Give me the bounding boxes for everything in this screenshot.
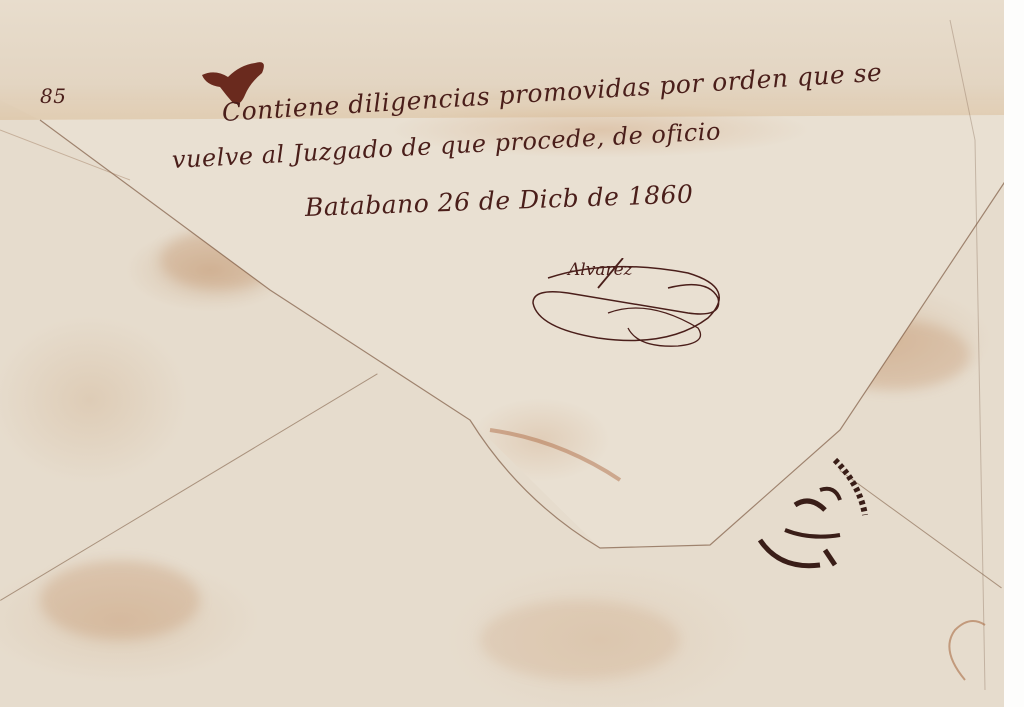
signature-name: Alvarez [568, 260, 633, 280]
signature: Alvarez [528, 258, 738, 350]
folio-number: 85 [40, 84, 66, 108]
scan-background [1004, 0, 1024, 707]
signature-flourish-icon [528, 258, 738, 350]
postmark-icon [740, 455, 870, 580]
envelope-paper: 85 Contiene diligencias promovidas por o… [0, 0, 1006, 707]
